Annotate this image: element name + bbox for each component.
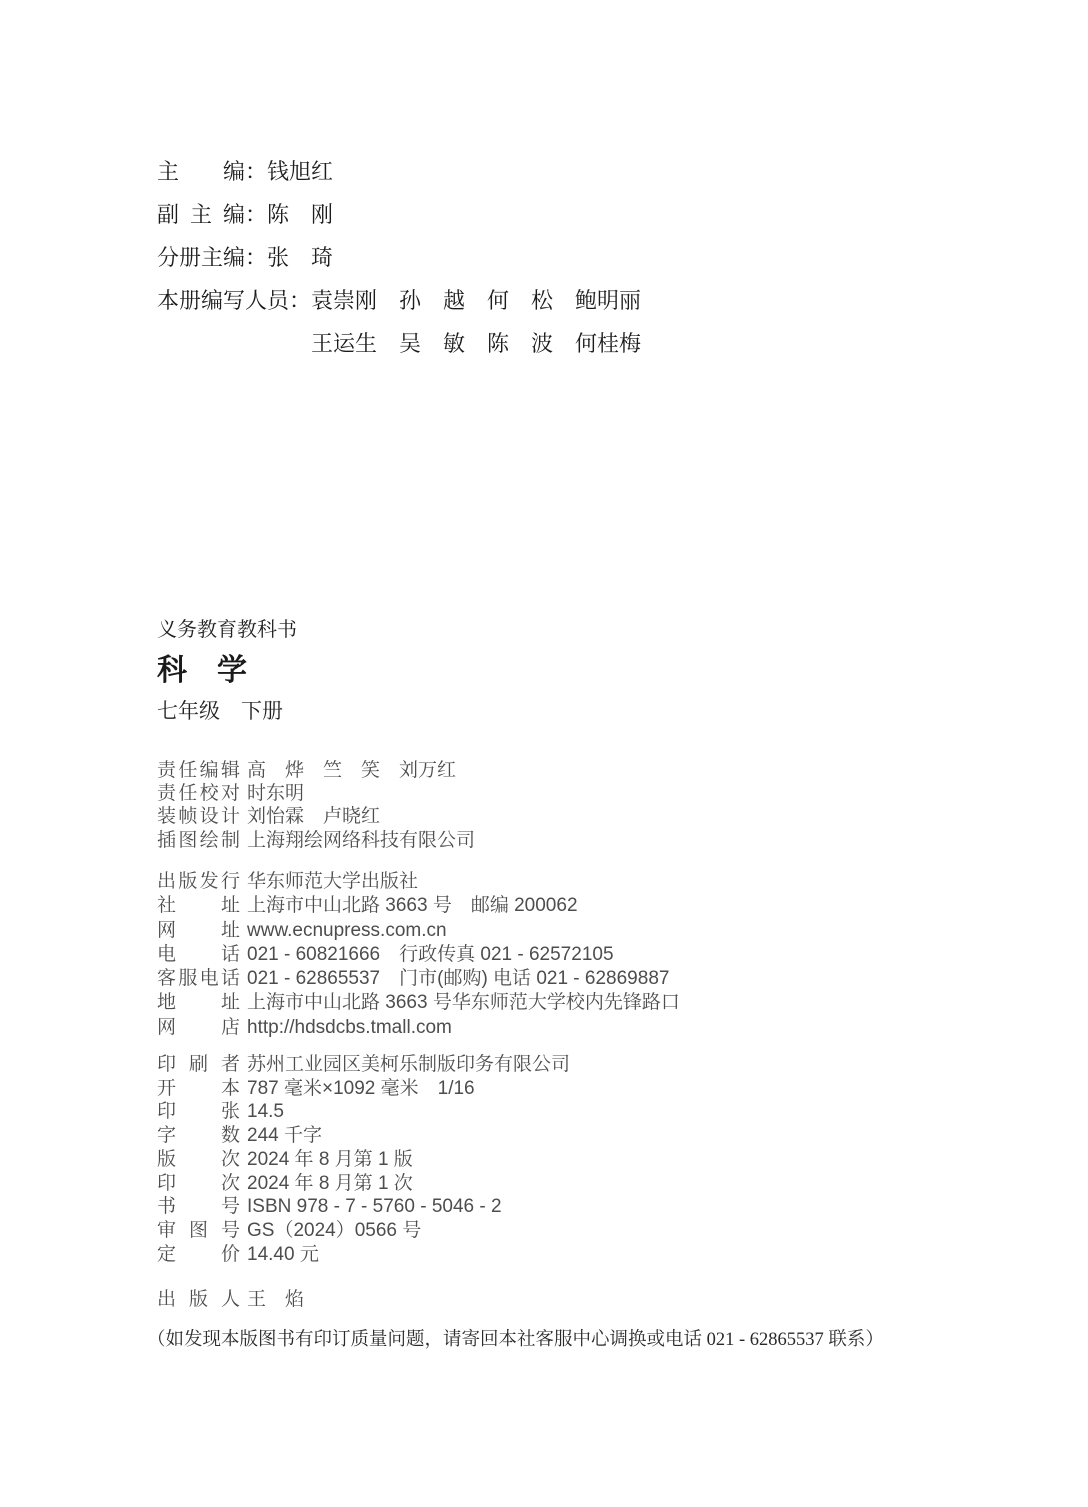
printing-block: 印刷者苏州工业园区美柯乐制版印务有限公司 开本787 毫米×1092 毫米 1/… [157, 1053, 570, 1266]
publisher-label: 社址 [157, 894, 240, 918]
printing-row: 开本787 毫米×1092 毫米 1/16 [157, 1077, 570, 1101]
printing-row: 书号ISBN 978 - 7 - 5760 - 5046 - 2 [157, 1195, 570, 1219]
publisher-row: 网址www.ecnupress.com.cn [157, 919, 680, 943]
printing-label: 印刷者 [157, 1053, 240, 1077]
credits-value: 刘怡霖 卢晓红 [247, 806, 380, 827]
publisher-value store-url: http://hdsdcbs.tmall.com [247, 1017, 452, 1038]
publisher-label: 客服电话 [157, 967, 240, 991]
printing-value: 787 毫米×1092 毫米 1/16 [247, 1078, 475, 1099]
publisher-label: 出版发行 [157, 870, 240, 894]
deputy-editor-row: 副主编：陈 刚 [157, 193, 641, 236]
printing-label: 印张 [157, 1100, 240, 1124]
volume-editor-value: 张 琦 [267, 245, 333, 270]
colon: ： [245, 245, 267, 270]
credits-label: 插图绘制 [157, 829, 240, 852]
title-block: 义务教育教科书 科 学 七年级 下册 [157, 618, 297, 724]
printing-row: 印刷者苏州工业园区美柯乐制版印务有限公司 [157, 1053, 570, 1077]
publisher-value: 华东师范大学出版社 [247, 871, 418, 892]
publisher-row: 客服电话021 - 62865537 门市(邮购) 电话 021 - 62869… [157, 967, 680, 991]
printing-row: 审图号GS（2024）0566 号 [157, 1219, 570, 1243]
volume-editor-label: 分册主编 [157, 236, 245, 279]
volume-editor-row: 分册主编：张 琦 [157, 236, 641, 279]
printing-row: 印张14.5 [157, 1100, 570, 1124]
printing-row: 字数244 千字 [157, 1124, 570, 1148]
book-title: 科 学 [157, 654, 297, 688]
printing-row: 版次2024 年 8 月第 1 版 [157, 1148, 570, 1172]
quality-note: （如发现本版图书有印订质量问题，请寄回本社客服中心调换或电话 021 - 628… [147, 1328, 884, 1352]
writers-label: 本册编写人员 [157, 279, 289, 322]
publisher-value: 上海市中山北路 3663 号华东师范大学校内先锋路口 [247, 992, 680, 1013]
series-title: 义务教育教科书 [157, 618, 297, 642]
writers-row-continued: 王运生 吴 敏 陈 波 何桂梅 [157, 322, 641, 365]
editors-block: 主编：钱旭红 副主编：陈 刚 分册主编：张 琦 本册编写人员：袁崇刚 孙 越 何… [157, 150, 641, 365]
printing-label: 版次 [157, 1148, 240, 1172]
publisher-row: 网店http://hdsdcbs.tmall.com [157, 1016, 680, 1040]
chief-editor-label: 主编 [157, 150, 245, 193]
colophon-page: 主编：钱旭红 副主编：陈 刚 分册主编：张 琦 本册编写人员：袁崇刚 孙 越 何… [0, 0, 1088, 1507]
price-value: 14.40 元 [247, 1244, 319, 1265]
writers-row: 本册编写人员：袁崇刚 孙 越 何 松 鲍明丽 [157, 279, 641, 322]
colon: ： [245, 202, 267, 227]
publisher-row: 地址上海市中山北路 3663 号华东师范大学校内先锋路口 [157, 991, 680, 1015]
publisher-row: 出版发行华东师范大学出版社 [157, 870, 680, 894]
credits-value: 时东明 [247, 783, 304, 804]
printing-label: 开本 [157, 1077, 240, 1101]
isbn-value: ISBN 978 - 7 - 5760 - 5046 - 2 [247, 1196, 502, 1217]
writers-value-line2: 王运生 吴 敏 陈 波 何桂梅 [311, 331, 641, 356]
credits-label: 责任编辑 [157, 759, 240, 782]
credits-value: 高 烨 竺 笑 刘万红 [247, 760, 456, 781]
credits-row: 插图绘制上海翔绘网络科技有限公司 [157, 829, 475, 852]
credits-row: 装帧设计刘怡霖 卢晓红 [157, 805, 475, 828]
grade-volume: 七年级 下册 [157, 699, 297, 724]
printing-row: 印次2024 年 8 月第 1 次 [157, 1172, 570, 1196]
publisher-person-value: 王 焰 [247, 1289, 304, 1310]
deputy-editor-label: 副主编 [157, 193, 245, 236]
printing-label: 字数 [157, 1124, 240, 1148]
colon: ： [289, 288, 311, 313]
credits-block: 责任编辑高 烨 竺 笑 刘万红 责任校对时东明 装帧设计刘怡霖 卢晓红 插图绘制… [157, 759, 475, 852]
publisher-label: 网店 [157, 1016, 240, 1040]
credits-row: 责任校对时东明 [157, 782, 475, 805]
printing-label: 书号 [157, 1195, 240, 1219]
printing-label: 定价 [157, 1243, 240, 1267]
publisher-block: 出版发行华东师范大学出版社 社址上海市中山北路 3663 号 邮编 200062… [157, 870, 680, 1040]
printing-value: 14.5 [247, 1101, 284, 1122]
printing-value: 244 千字 [247, 1125, 322, 1146]
colon: ： [245, 159, 267, 184]
deputy-editor-value: 陈 刚 [267, 202, 333, 227]
chief-editor-row: 主编：钱旭红 [157, 150, 641, 193]
publisher-row: 电话021 - 60821666 行政传真 021 - 62572105 [157, 943, 680, 967]
publisher-row: 社址上海市中山北路 3663 号 邮编 200062 [157, 894, 680, 918]
credits-label: 责任校对 [157, 782, 240, 805]
publisher-value: 021 - 60821666 行政传真 021 - 62572105 [247, 944, 614, 965]
map-approval-value: GS（2024）0566 号 [247, 1220, 421, 1241]
printing-label: 印次 [157, 1172, 240, 1196]
printing-value: 2024 年 8 月第 1 次 [247, 1173, 413, 1194]
credits-row: 责任编辑高 烨 竺 笑 刘万红 [157, 759, 475, 782]
publisher-person-label: 出版人 [157, 1288, 240, 1312]
credits-label: 装帧设计 [157, 805, 240, 828]
publisher-label: 电话 [157, 943, 240, 967]
printing-value: 2024 年 8 月第 1 版 [247, 1149, 413, 1170]
writers-value-line1: 袁崇刚 孙 越 何 松 鲍明丽 [311, 288, 641, 313]
publisher-label: 地址 [157, 991, 240, 1015]
publisher-person-row: 出版人王 焰 [157, 1288, 304, 1312]
publisher-label: 网址 [157, 919, 240, 943]
publisher-value: 上海市中山北路 3663 号 邮编 200062 [247, 895, 578, 916]
printing-value: 苏州工业园区美柯乐制版印务有限公司 [247, 1054, 570, 1075]
publisher-value website-url: www.ecnupress.com.cn [247, 920, 447, 941]
chief-editor-value: 钱旭红 [267, 159, 333, 184]
printing-label: 审图号 [157, 1219, 240, 1243]
printing-row: 定价14.40 元 [157, 1243, 570, 1267]
credits-value: 上海翔绘网络科技有限公司 [247, 830, 475, 851]
publisher-value: 021 - 62865537 门市(邮购) 电话 021 - 62869887 [247, 968, 669, 989]
